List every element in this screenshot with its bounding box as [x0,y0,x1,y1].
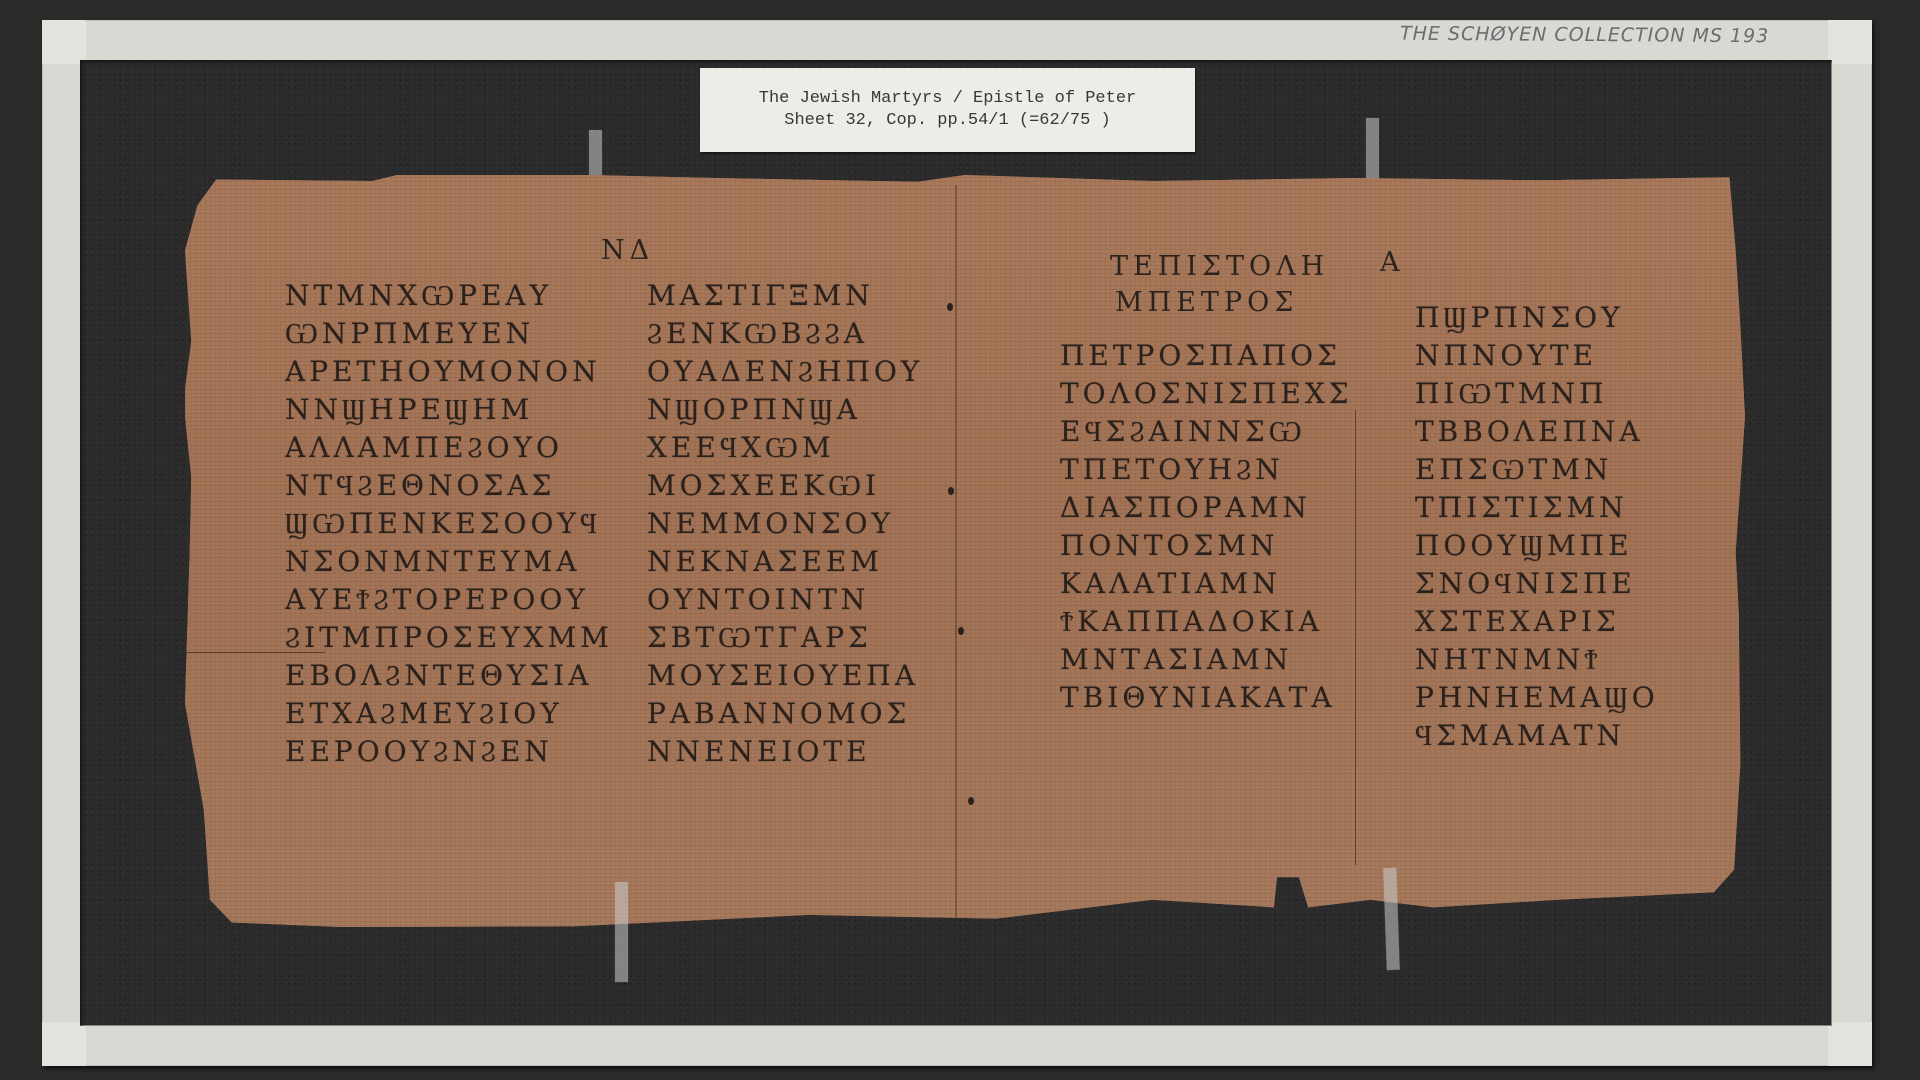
page-fold [955,185,957,920]
text-line: ΑΛΛΑΜΠΕϨΟΥΟ [285,429,613,467]
text-line: ΡΗΝΗΕΜΑϢΟ [1415,679,1659,717]
right-page-column-2: ΠϢΡΠΝΣΟΥ ΝΠΝΟΥΤΕ ΠΙѠΤΜΝΠ ΤΒΒΟΛΕΠΝΑ ΕΠΣѠΤ… [1415,299,1659,755]
text-line: ΜΟΥΣΕΙΟΥΕΠΑ [647,657,923,695]
text-line: ΠΕΤΡΟΣΠΑΠΟΣ [1060,337,1353,375]
mat-corner [1828,20,1872,64]
text-line: ΜΟΣΧΕΕΚѠΙ [647,467,923,505]
text-line: ΣΒΤѠΤΓΑΡΣ [647,619,923,657]
text-line: ΤΠΕΤΟΥΗϨΝ [1060,451,1353,489]
mat-corner [42,20,86,64]
text-line: ΕΒΟΛϨΝΤΕΘΥΣΙΑ [285,657,613,695]
epistle-title-marker: Α [1380,247,1405,278]
text-line: ΝΕΜΜΟΝΣΟΥ [647,505,923,543]
hole [958,627,964,635]
text-line: ѠΝΡΠΜΕΥΕΝ [285,315,613,353]
text-line: ΚΑΛΑΤΙΑΜΝ [1060,565,1353,603]
text-line: ΕΤΧΑϨΜΕΥϨΙΟΥ [285,695,613,733]
text-line: ΝΤΜΝΧѠΡΕΑΥ [285,277,613,315]
text-line: ΕΕΡΟΟΥϨΝϨΕΝ [285,733,613,771]
text-line: ΟΥΑΔΕΝϨΗΠΟΥ [647,353,923,391]
text-line: ΤΒΙΘΥΝΙΑΚΑΤΑ [1060,679,1353,717]
text-line: ΝΤϤϨΕΘΝΟΣΑΣ [285,467,613,505]
epistle-title-line-1: ΤΕΠΙΣΤΟΛΗ [1110,251,1329,282]
text-line: ΝΗΤΝΜΝϮ [1415,641,1659,679]
text-line: ϤΣΜΑΜΑΤΝ [1415,717,1659,755]
text-line: ΤΟΛΟΣΝΙΣΠΕΧΣ [1060,375,1353,413]
left-page-column-1: ΝΤΜΝΧѠΡΕΑΥ ѠΝΡΠΜΕΥΕΝ ΑΡΕΤΗΟΥΜΟΝΟΝ ΝΝϢΗΡΕ… [285,277,613,771]
mat-corner [1828,1022,1872,1066]
text-line: ΠΙѠΤΜΝΠ [1415,375,1659,413]
hole [968,797,974,805]
text-line: ΝΣΟΝΜΝΤΕΥΜΑ [285,543,613,581]
collection-note: THE SCHØYEN COLLECTION MS 193 [1400,23,1780,58]
text-line: ΝΝΕΝΕΙΟΤΕ [647,733,923,771]
mat-corner [42,1022,86,1066]
text-line: ϢѠΠΕΝΚΕΣΟΟΥϤ [285,505,613,543]
text-line: ϨΙΤΜΠΡΟΣΕΥΧΜΜ [285,619,613,657]
text-line: ΧΣΤΕΧΑΡΙΣ [1415,603,1659,641]
text-line: ϨΕΝΚѠΒϨϨΑ [647,315,923,353]
text-line: ΝΕΚΝΑΣΕΕΜ [647,543,923,581]
hole [947,303,953,311]
text-line: ΟΥΝΤΟΙΝΤΝ [647,581,923,619]
text-line: ΠϢΡΠΝΣΟΥ [1415,299,1659,337]
text-line: ΑΡΕΤΗΟΥΜΟΝΟΝ [285,353,613,391]
text-line: ϮΚΑΠΠΑΔΟΚΙΑ [1060,603,1353,641]
text-line: ΝΝϢΗΡΕϢΗΜ [285,391,613,429]
text-line: ΠΟΝΤΟΣΜΝ [1060,527,1353,565]
margin-rule [1355,410,1356,865]
tape-strip [615,882,628,982]
text-line: ΑΥΕϮϨΤΟΡΕΡΟΟΥ [285,581,613,619]
text-line: ΜΑΣΤΙΓΞΜΝ [647,277,923,315]
text-line: ΤΠΙΣΤΙΣΜΝ [1415,489,1659,527]
text-line: ΤΒΒΟΛΕΠΝΑ [1415,413,1659,451]
text-line: ΜΝΤΑΣΙΑΜΝ [1060,641,1353,679]
text-line: ΡΑΒΑΝΝΟΜΟΣ [647,695,923,733]
text-line: ΔΙΑΣΠΟΡΑΜΝ [1060,489,1353,527]
papyrus-sheet: ΝΔ ΝΤΜΝΧѠΡΕΑΥ ѠΝΡΠΜΕΥΕΝ ΑΡΕΤΗΟΥΜΟΝΟΝ ΝΝϢ… [185,175,1745,930]
hole [948,487,954,495]
text-line: ΕϤΣϨΑΙΝΝΣѠ [1060,413,1353,451]
text-line: ΠΟΟΥϢΜΠΕ [1415,527,1659,565]
page-number: ΝΔ [601,235,654,266]
text-line: ΣΝΟϤΝΙΣΠΕ [1415,565,1659,603]
text-line: ΝϢΟΡΠΝϢΑ [647,391,923,429]
text-line: ΝΠΝΟΥΤΕ [1415,337,1659,375]
epistle-title-line-2: ΜΠΕΤΡΟΣ [1115,287,1298,318]
label-reference: Sheet 32, Cop. pp.54/1 (=62/75 ) [784,110,1110,132]
left-page-column-2: ΜΑΣΤΙΓΞΜΝ ϨΕΝΚѠΒϨϨΑ ΟΥΑΔΕΝϨΗΠΟΥ ΝϢΟΡΠΝϢΑ… [647,277,923,771]
text-line: ΧΕΕϤΧѠΜ [647,429,923,467]
catalog-label: The Jewish Martyrs / Epistle of Peter Sh… [700,68,1195,152]
right-page-column-1: ΠΕΤΡΟΣΠΑΠΟΣ ΤΟΛΟΣΝΙΣΠΕΧΣ ΕϤΣϨΑΙΝΝΣѠ ΤΠΕΤ… [1060,337,1353,717]
label-title: The Jewish Martyrs / Epistle of Peter [759,88,1136,110]
text-line: ΕΠΣѠΤΜΝ [1415,451,1659,489]
